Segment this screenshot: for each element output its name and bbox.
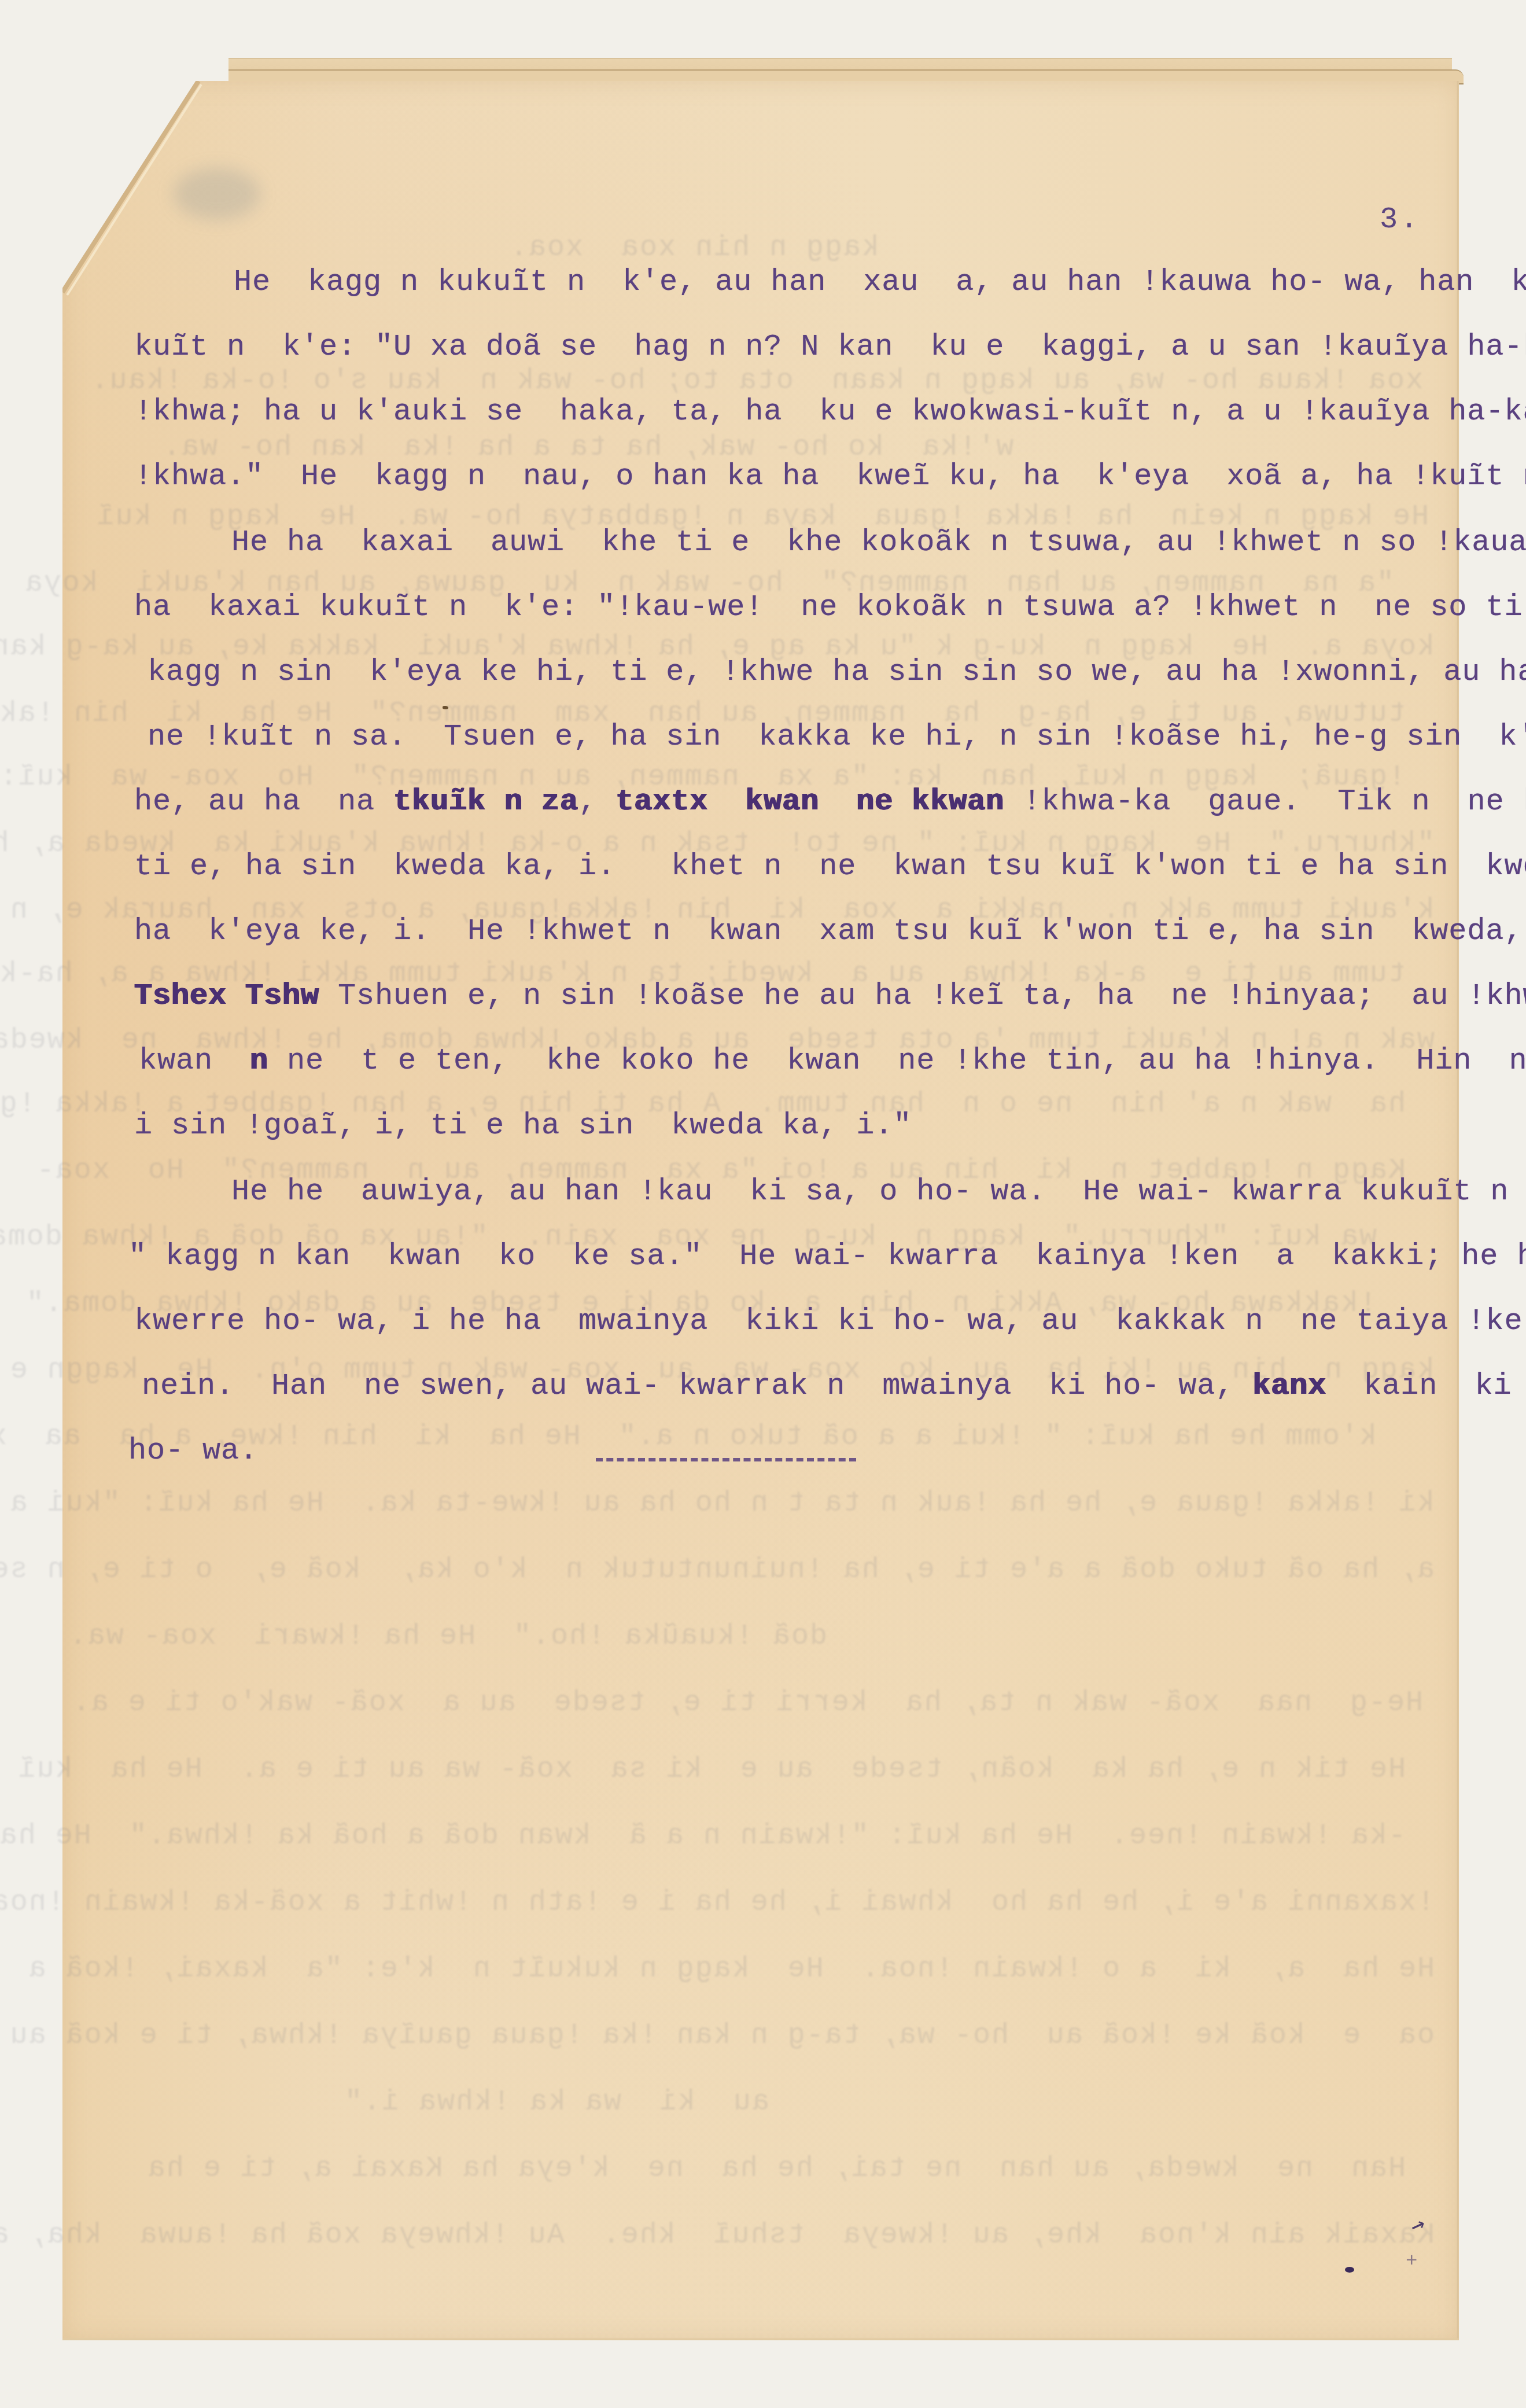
ink-blot-icon bbox=[1345, 2267, 1354, 2273]
text-segment bbox=[708, 785, 745, 819]
text-segment: Tshuen e, n sin !koãse he au ha !keĩ ta,… bbox=[319, 979, 1526, 1013]
text-line: Tshex Tshw Tshuen e, n sin !koãse he au … bbox=[134, 979, 1526, 1014]
text-segment: , bbox=[578, 785, 615, 819]
text-line: kwerre ho- wa, i he ha mwainya kiki ki h… bbox=[134, 1304, 1526, 1339]
struck-out-text: Tshex Tshw bbox=[134, 979, 319, 1013]
scan-background: kagg n hin xoa xoa. xoa !kaua ho- wa, au… bbox=[0, 0, 1526, 2408]
text-segment: !khwa; ha u k'auki se haka, ta, ha ku e … bbox=[134, 395, 1526, 429]
text-line: ha k'eya ke, i. He !khwet n kwan xam tsu… bbox=[134, 914, 1526, 949]
text-segment: nein. Han ne swen, au wai- kwarrak n mwa… bbox=[142, 1369, 1252, 1403]
text-line: !khwa; ha u k'auki se haka, ta, ha ku e … bbox=[134, 395, 1526, 429]
pencil-mark-icon: + bbox=[1406, 2251, 1417, 2273]
text-line: He kagg n kukuĩt n k'e, au han xau a, au… bbox=[234, 265, 1526, 300]
text-line: i sin !goaĩ, i, ti e ha sin kweda ka, i.… bbox=[134, 1109, 912, 1143]
struck-out-text: n bbox=[250, 1044, 268, 1078]
text-segment: kwan bbox=[139, 1044, 250, 1078]
struck-out-text: kwan ne kkwan bbox=[745, 785, 1004, 819]
text-line: ti e, ha sin kweda ka, i. khet n ne kwan… bbox=[134, 849, 1526, 884]
text-segment: he, au ha na bbox=[134, 785, 393, 819]
text-line: kuĩt n k'e: "U xa doã se hag n n? N kan … bbox=[134, 330, 1526, 364]
text-line: kwan n ne t e ten, khe koko he kwan ne !… bbox=[139, 1044, 1526, 1078]
text-segment: !khwa-ka gaue. Tik n ne k'won bbox=[1004, 785, 1526, 819]
text-line: He ha kaxai auwi khe ti e khe kokoãk n t… bbox=[231, 525, 1526, 560]
struck-out-text: tkuĩk n za bbox=[393, 785, 578, 819]
section-divider-rule bbox=[596, 1458, 856, 1461]
paper-speck bbox=[443, 706, 448, 709]
text-segment: kain ki ki bbox=[1326, 1369, 1526, 1403]
text-line: " kagg n kan kwan ko ke sa." He wai- kwa… bbox=[128, 1239, 1526, 1274]
text-segment: ne t e ten, khe koko he kwan ne !khe tin… bbox=[268, 1044, 1526, 1078]
text-line: ho- wa. bbox=[128, 1434, 258, 1468]
paper-stain bbox=[174, 168, 260, 220]
struck-out-text: kanx bbox=[1252, 1369, 1326, 1403]
text-line: !khwa." He kagg n nau, o han ka ha kweĩ … bbox=[134, 459, 1526, 494]
text-line: ne !kuĩt n sa. Tsuen e, ha sin kakka ke … bbox=[148, 720, 1526, 754]
text-line: He he auwiya, au han !kau ki sa, o ho- w… bbox=[231, 1174, 1526, 1209]
text-line: kagg n sin k'eya ke hi, ti e, !khwe ha s… bbox=[148, 655, 1526, 690]
struck-out-text: taxtx bbox=[615, 785, 708, 819]
text-line: ha kaxai kukuĩt n k'e: "!kau-we! ne koko… bbox=[134, 590, 1526, 625]
text-line: he, au ha na tkuĩk n za, taxtx kwan ne k… bbox=[134, 785, 1526, 819]
text-line: nein. Han ne swen, au wai- kwarrak n mwa… bbox=[142, 1369, 1526, 1404]
page-number: 3. bbox=[1380, 202, 1420, 237]
